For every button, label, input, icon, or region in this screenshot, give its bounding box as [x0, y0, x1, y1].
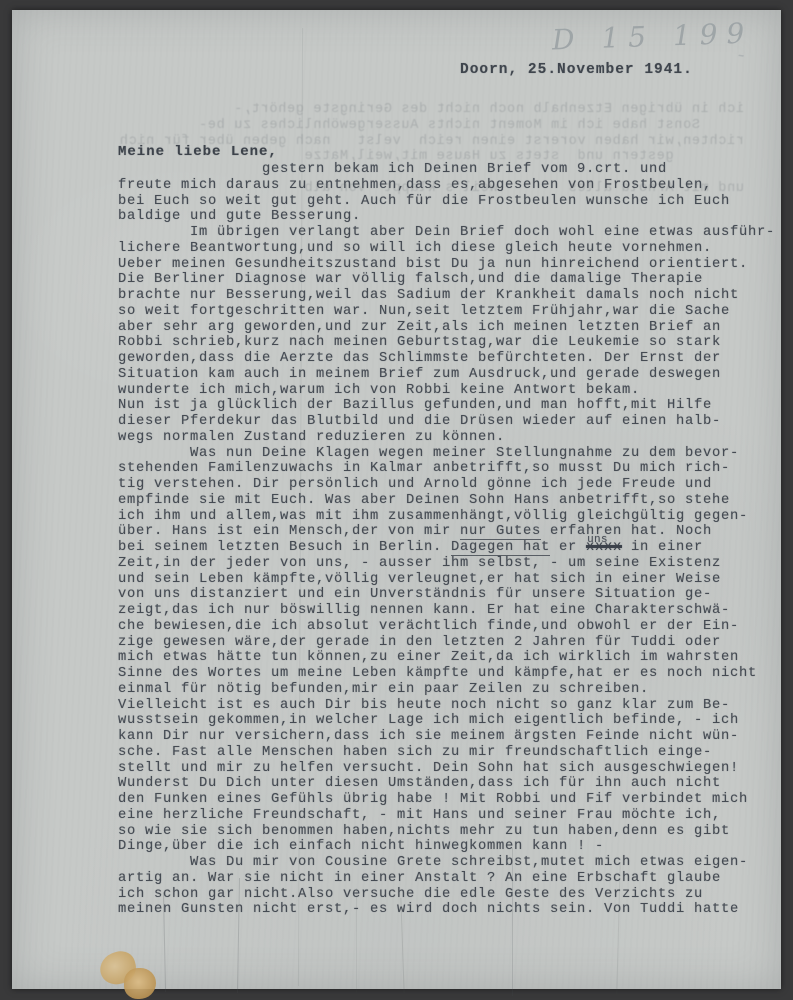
letter-line: wusstsein gekommen,in welcher Lage ich m…	[118, 713, 786, 729]
letter-line: so weit fortgeschritten war. Nun,seit le…	[118, 304, 786, 320]
bleedthrough-line: Sonst habe ich im Moment nichts Ausserge…	[76, 118, 744, 134]
letter-page: ich in übrigen Etzenhalb noch nicht des …	[12, 10, 781, 989]
scan-background: { "document": { "type": "scanned typewri…	[0, 0, 793, 1000]
letter-line: meinen Gunsten nicht erst,- es wird doch…	[118, 902, 786, 918]
letter-line: Ueber meinen Gesundheitszustand bist Du …	[118, 257, 786, 273]
dateline: Doorn, 25.November 1941.	[460, 62, 693, 78]
letter-line: gestern bekam ich Deinen Brief vom 9.crt…	[118, 162, 786, 178]
letter-line: Vielleicht ist es auch Dir bis heute noc…	[118, 698, 786, 714]
letter-line: Sinne des Wortes um meine Leben kämpfte …	[118, 666, 786, 682]
letter-line: bei Euch so weit gut geht. Auch für die …	[118, 194, 786, 210]
letter-line: wegs normalen Zustand reduzieren zu könn…	[118, 430, 786, 446]
letter-line: brachte nur Besserung,weil das Sadium de…	[118, 288, 786, 304]
letter-line: stehenden Familenzuwachs in Kalmar anbet…	[118, 461, 786, 477]
letter-body: gestern bekam ich Deinen Brief vom 9.crt…	[118, 162, 786, 918]
letter-line: zeigt,das ich nur böswillig nennen kann.…	[118, 603, 786, 619]
letter-line: Im übrigen verlangt aber Dein Brief doch…	[118, 225, 786, 241]
letter-line: zige gewesen wäre,der gerade in den letz…	[118, 635, 786, 651]
letter-line: stellt und mir zu helfen versucht. Dein …	[118, 761, 786, 777]
letter-line: kann Dir nur versichern,dass ich sie mei…	[118, 729, 786, 745]
letter-line: ich ihm und allem,was mit ihm zusammenhä…	[118, 509, 786, 525]
letter-line: freute mich daraus zu entnehmen,dass es,…	[118, 178, 786, 194]
letter-line: Dinge,über die ich einfach nicht hinwegk…	[118, 839, 786, 855]
letter-line: dieser Pferdekur das Blutbild und die Dr…	[118, 414, 786, 430]
letter-line: eine herzliche Freundschaft, - mit Hans …	[118, 808, 786, 824]
letter-line: artig an. War sie nicht in einer Anstalt…	[118, 871, 786, 887]
letter-line: geworden,dass die Aerzte das Schlimmste …	[118, 351, 786, 367]
bleedthrough-line: ich in übrigen Etzenhalb noch nicht des …	[76, 102, 744, 118]
letter-line: so wie sie sich benommen haben,nichts me…	[118, 824, 786, 840]
letter-line: tig verstehen. Dir persönlich und Arnold…	[118, 477, 786, 493]
letter-line: wunderte ich mich,warum ich von Robbi ke…	[118, 383, 786, 399]
paper-crease	[356, 888, 357, 993]
letter-line: baldige und gute Besserung.	[118, 209, 786, 225]
letter-line: Was nun Deine Klagen wegen meiner Stellu…	[118, 446, 786, 462]
letter-line: und sein Leben kämpfte,völlig verleugnet…	[118, 572, 786, 588]
archive-mark-handwritten: D 15 199	[551, 16, 753, 56]
letter-line: lichere Beantwortung,und so will ich die…	[118, 241, 786, 257]
letter-line: Wunderst Du Dich unter diesen Umständen,…	[118, 776, 786, 792]
letter-line: Was Du mir von Cousine Grete schreibst,m…	[118, 855, 786, 871]
letter-line: che bewiesen,die ich absolut verächtlich…	[118, 619, 786, 635]
letter-line: ich schon gar nicht.Also versuche die ed…	[118, 887, 786, 903]
letter-line: Nun ist ja glücklich der Bazillus gefund…	[118, 398, 786, 414]
letter-line: über. Hans ist ein Mensch,der von mir nu…	[118, 524, 786, 540]
letter-line: mich etwas hätte tun können,zu einer Zei…	[118, 650, 786, 666]
letter-line: aber sehr arg geworden,und zur Zeit,als …	[118, 320, 786, 336]
letter-line: von uns distanziert und ein Unverständni…	[118, 587, 786, 603]
letter-line: Robbi schrieb,kurz nach meinen Geburtsta…	[118, 335, 786, 351]
letter-line: bei seinem letzten Besuch in Berlin. Dag…	[118, 540, 786, 556]
letter-line: empfinde sie mit Euch. Was aber Deinen S…	[118, 493, 786, 509]
letter-line: Die Berliner Diagnose war völlig falsch,…	[118, 272, 786, 288]
letter-line: einmal für nötig befunden,mir ein paar Z…	[118, 682, 786, 698]
letter-line: Zeit,in der jeder von uns, - ausser ihm …	[118, 556, 786, 572]
letter-line: Situation kam auch in meinem Brief zum A…	[118, 367, 786, 383]
letter-line: den Funken eines Gefühls übrig habe ! Mi…	[118, 792, 786, 808]
paper-stain	[124, 968, 156, 999]
letter-line: sche. Fast alle Menschen haben sich zu m…	[118, 745, 786, 761]
paper-crease	[512, 848, 513, 996]
salutation: Meine liebe Lene,	[118, 144, 278, 160]
